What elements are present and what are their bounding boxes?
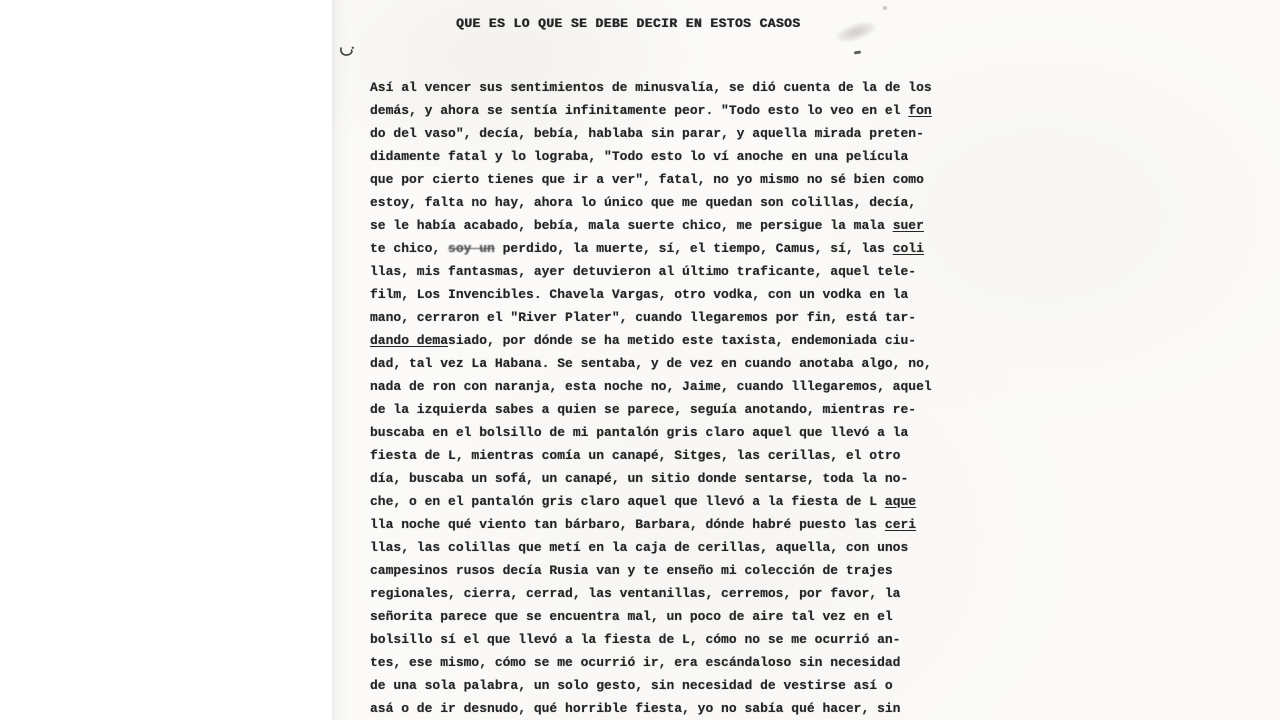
text-segment: Así al vencer sus sentimientos de minusv… [370, 80, 932, 95]
text-segment: asá o de ir desnudo, qué horrible fiesta… [370, 701, 901, 716]
text-segment: señorita parece que se encuentra mal, un… [370, 609, 893, 624]
text-segment: didamente fatal y lo lograba, "Todo esto… [370, 149, 908, 164]
text-segment: nada de ron con naranja, esta noche no, … [370, 379, 932, 394]
text-segment: llas, mis fantasmas, ayer detuvieron al … [370, 264, 916, 279]
text-line: demás, y ahora se sentía infinitamente p… [370, 99, 956, 122]
document-lines: Así al vencer sus sentimientos de minusv… [370, 76, 956, 720]
text-segment: fiesta de L, mientras comía un canapé, S… [370, 448, 901, 463]
text-line: buscaba en el bolsillo de mi pantalón gr… [370, 421, 956, 444]
underlined-text: coli [893, 241, 924, 256]
text-segment: te chico, [370, 241, 448, 256]
text-line: estoy, falta no hay, ahora lo único que … [370, 191, 956, 214]
text-line: te chico, soy un perdido, la muerte, sí,… [370, 237, 956, 260]
text-segment: se le había acabado, bebía, mala suerte … [370, 218, 893, 233]
text-line: lla noche qué viento tan bárbaro, Barbar… [370, 513, 956, 536]
text-line: asá o de ir desnudo, qué horrible fiesta… [370, 697, 956, 720]
underlined-text: dando dema [370, 333, 448, 348]
text-segment: regionales, cierra, cerrad, las ventanil… [370, 586, 901, 601]
underlined-text: suer [893, 218, 924, 233]
text-segment: che, o en el pantalón gris claro aquel q… [370, 494, 885, 509]
text-line: mano, cerraron el "River Plater", cuando… [370, 306, 956, 329]
text-line: regionales, cierra, cerrad, las ventanil… [370, 582, 956, 605]
text-segment: de la izquierda sabes a quien se parece,… [370, 402, 916, 417]
text-segment: perdido, la muerte, sí, el tiempo, Camus… [495, 241, 893, 256]
text-segment: que por cierto tienes que ir a ver", fat… [370, 172, 924, 187]
text-line: que por cierto tienes que ir a ver", fat… [370, 168, 956, 191]
text-line: fiesta de L, mientras comía un canapé, S… [370, 444, 956, 467]
text-line: de la izquierda sabes a quien se parece,… [370, 398, 956, 421]
text-segment: lla noche qué viento tan bárbaro, Barbar… [370, 517, 885, 532]
text-line: llas, las colillas que metí en la caja d… [370, 536, 956, 559]
screenshot-canvas: QUE ES LO QUE SE DEBE DECIR EN ESTOS CAS… [0, 0, 1280, 720]
text-line: Así al vencer sus sentimientos de minusv… [370, 76, 956, 99]
scan-dot [883, 6, 887, 10]
text-line: día, buscaba un sofá, un canapé, un siti… [370, 467, 956, 490]
underlined-text: fon [908, 103, 931, 118]
text-line: bolsillo sí el que llevó a la fiesta de … [370, 628, 956, 651]
text-segment: bolsillo sí el que llevó a la fiesta de … [370, 632, 901, 647]
text-line: tes, ese mismo, cómo se me ocurrió ir, e… [370, 651, 956, 674]
text-line: film, Los Invencibles. Chavela Vargas, o… [370, 283, 956, 306]
underlined-text: aque [885, 494, 916, 509]
text-segment: llas, las colillas que metí en la caja d… [370, 540, 908, 555]
text-segment: de una sola palabra, un solo gesto, sin … [370, 678, 893, 693]
text-segment: buscaba en el bolsillo de mi pantalón gr… [370, 425, 908, 440]
text-line: do del vaso", decía, bebía, hablaba sin … [370, 122, 956, 145]
text-line: llas, mis fantasmas, ayer detuvieron al … [370, 260, 956, 283]
text-line: señorita parece que se encuentra mal, un… [370, 605, 956, 628]
text-segment: día, buscaba un sofá, un canapé, un siti… [370, 471, 908, 486]
text-line: dando demasiado, por dónde se ha metido … [370, 329, 956, 352]
text-line: se le había acabado, bebía, mala suerte … [370, 214, 956, 237]
text-segment: dad, tal vez La Habana. Se sentaba, y de… [370, 356, 932, 371]
text-segment: estoy, falta no hay, ahora lo único que … [370, 195, 916, 210]
text-segment: mano, cerraron el "River Plater", cuando… [370, 310, 916, 325]
text-line: de una sola palabra, un solo gesto, sin … [370, 674, 956, 697]
text-line: didamente fatal y lo lograba, "Todo esto… [370, 145, 956, 168]
handwritten-squiggle-icon [339, 45, 356, 64]
text-segment: film, Los Invencibles. Chavela Vargas, o… [370, 287, 908, 302]
text-line: dad, tal vez La Habana. Se sentaba, y de… [370, 352, 956, 375]
text-segment: siado, por dónde se ha metido este taxis… [448, 333, 916, 348]
text-line: nada de ron con naranja, esta noche no, … [370, 375, 956, 398]
text-line: campesinos rusos decía Rusia van y te en… [370, 559, 956, 582]
struck-text: soy un [448, 241, 495, 256]
text-line: che, o en el pantalón gris claro aquel q… [370, 490, 956, 513]
page-title: QUE ES LO QUE SE DEBE DECIR EN ESTOS CAS… [456, 16, 800, 32]
text-segment: demás, y ahora se sentía infinitamente p… [370, 103, 908, 118]
text-segment: tes, ese mismo, cómo se me ocurrió ir, e… [370, 655, 901, 670]
text-segment: campesinos rusos decía Rusia van y te en… [370, 563, 893, 578]
text-segment: do del vaso", decía, bebía, hablaba sin … [370, 126, 924, 141]
underlined-text: ceri [885, 517, 916, 532]
